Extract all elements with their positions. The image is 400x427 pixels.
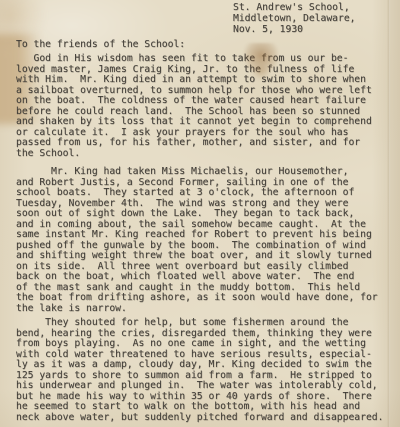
letter-page: St. Andrew's School, Middletown, Delawar… [0,0,400,427]
paragraph-1: God in His wisdom has seen fit to take f… [16,54,372,159]
paragraph-3: They shouted for help, but some fisherme… [16,318,383,423]
salutation: To the friends of the School: [16,40,185,51]
right-edge-crease [387,0,390,427]
letterhead-address: St. Andrew's School, Middletown, Delawar… [233,2,355,35]
paragraph-2: Mr. King had taken Miss Michaelis, our H… [16,167,378,314]
